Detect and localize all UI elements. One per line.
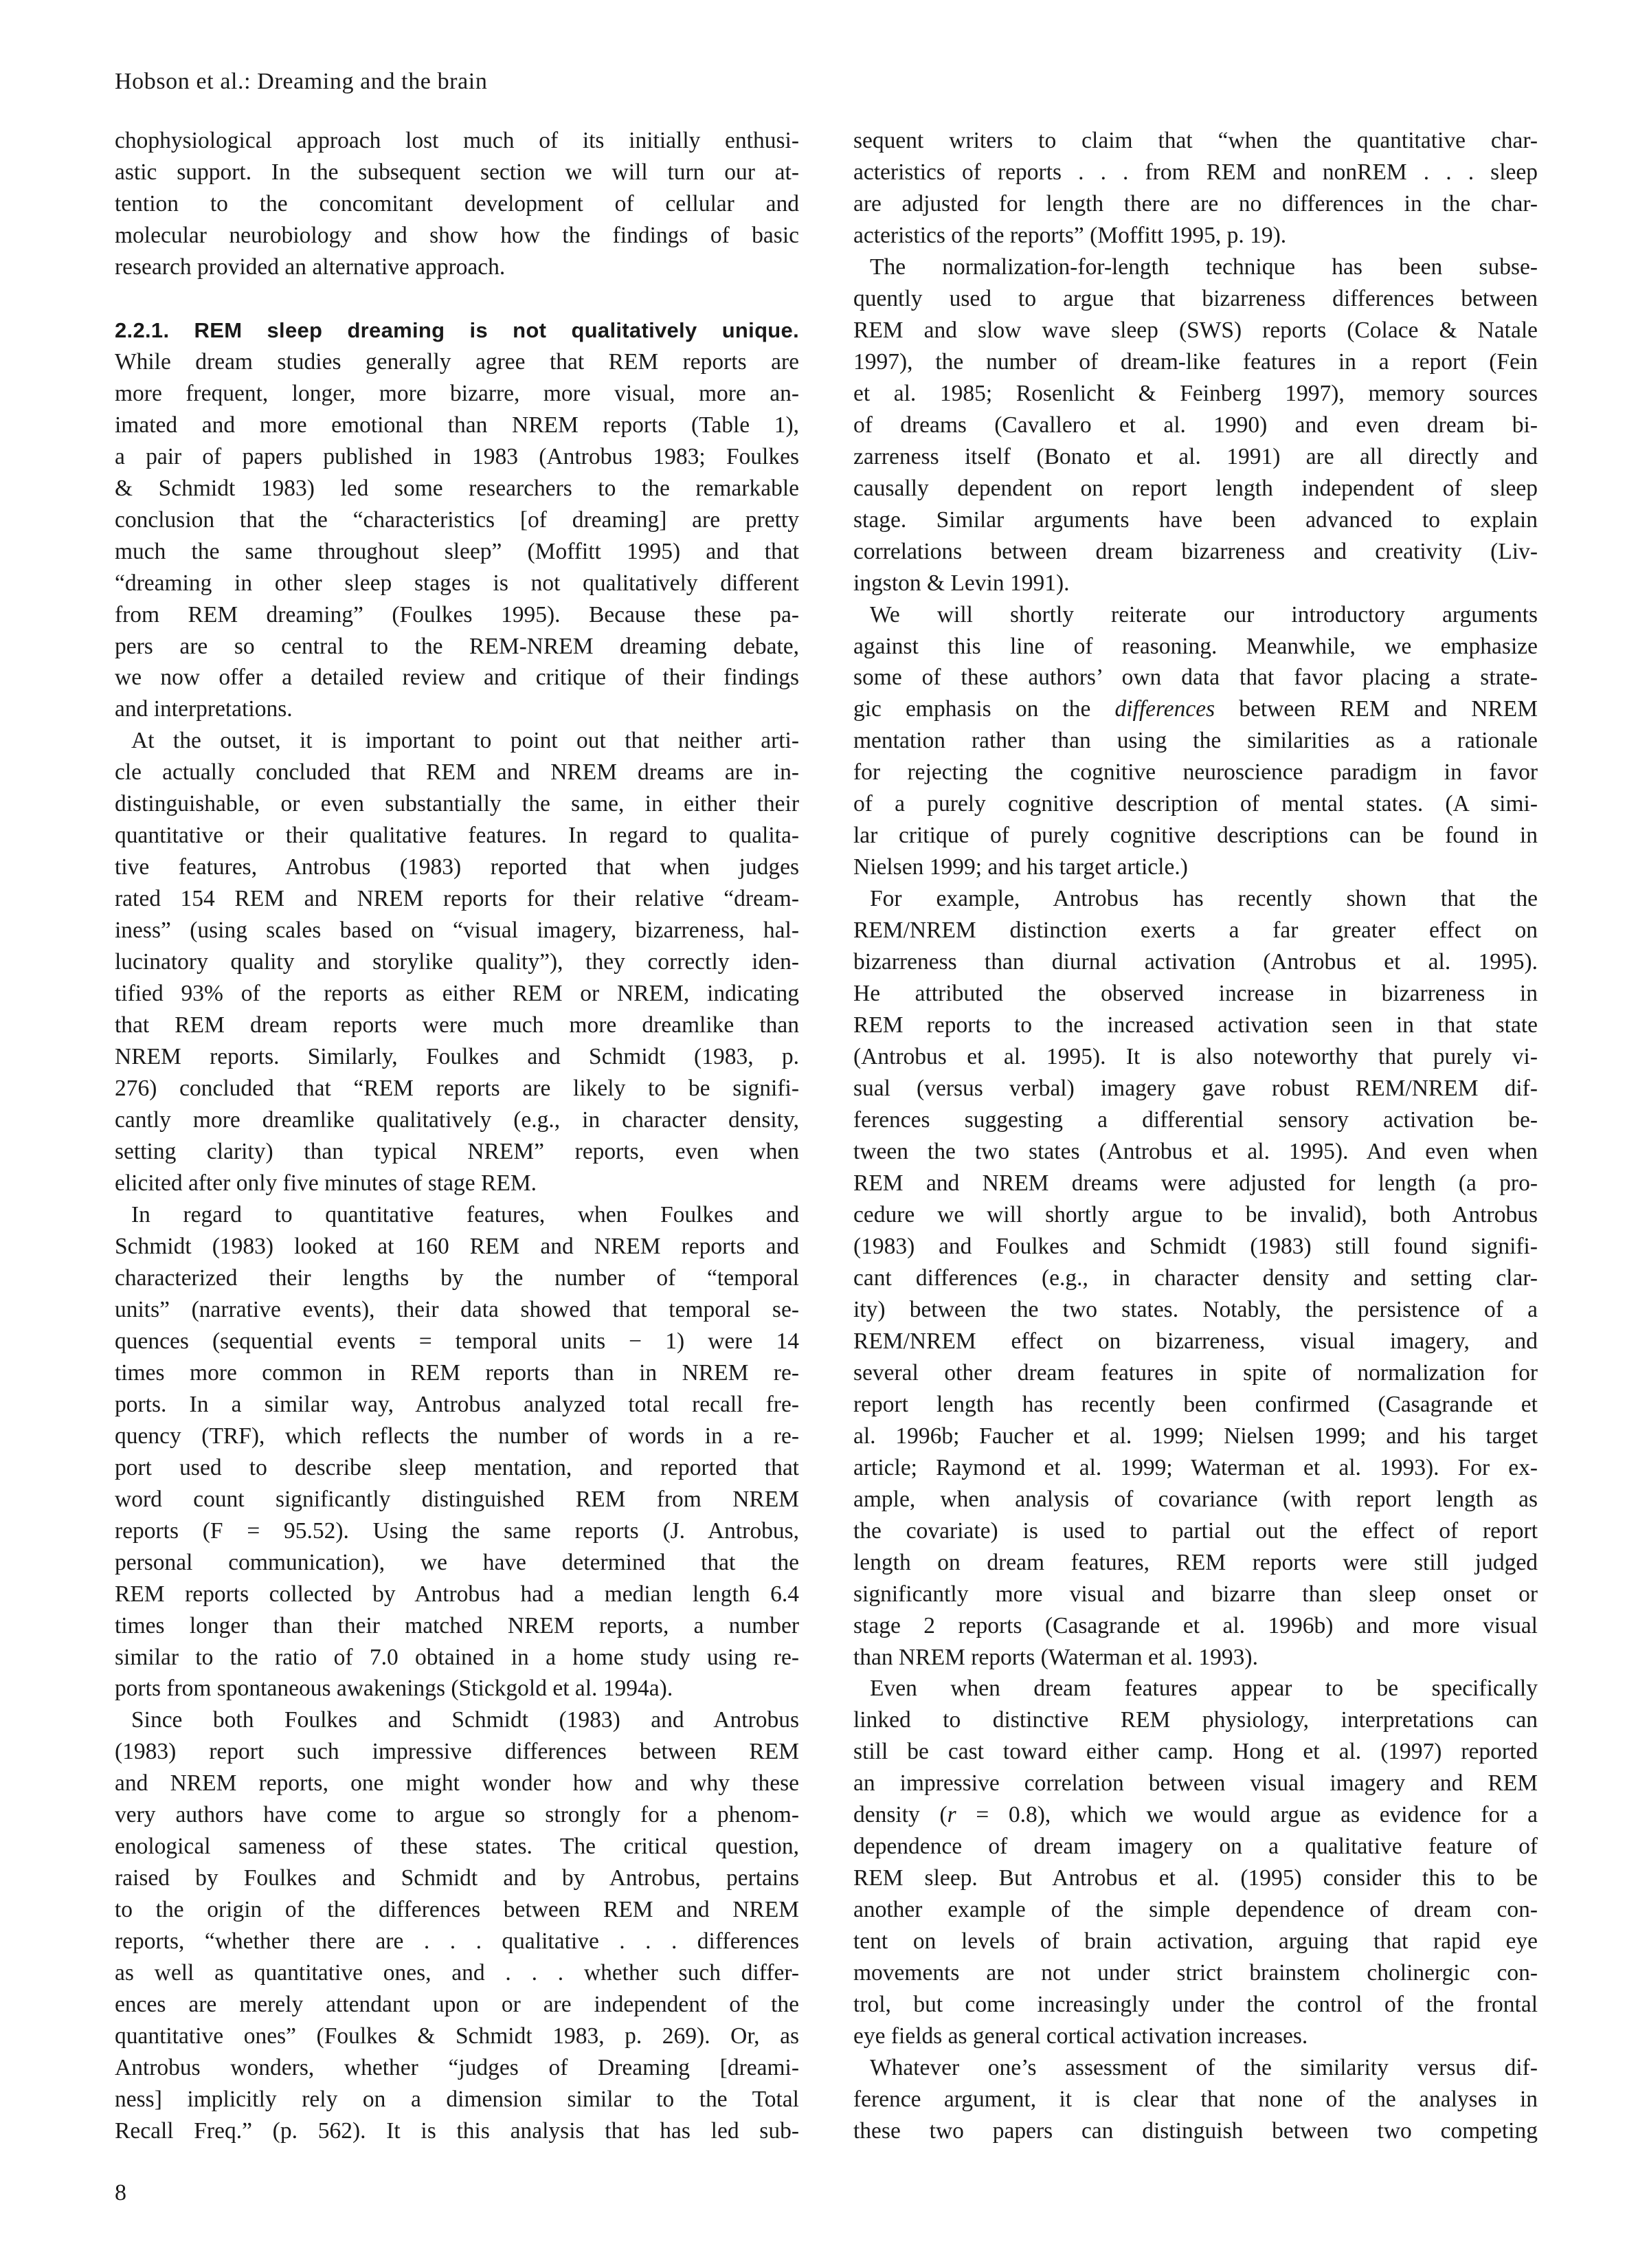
- text-line: word count significantly distinguished R…: [115, 1484, 799, 1515]
- text-line: quantitative ones” (Foulkes & Schmidt 19…: [115, 2021, 799, 2052]
- text-line: ity) between the two states. Notably, th…: [853, 1294, 1538, 1326]
- text-line: For example, Antrobus has recently shown…: [853, 883, 1538, 915]
- text-line: (Antrobus et al. 1995). It is also notew…: [853, 1041, 1538, 1073]
- text-line: REM/NREM distinction exerts a far greate…: [853, 915, 1538, 946]
- text-line: tention to the concomitant development o…: [115, 188, 799, 220]
- text-run: gic emphasis on the: [853, 696, 1114, 722]
- text-line: lucinatory quality and storylike quality…: [115, 946, 799, 978]
- text-line: these two papers can distinguish between…: [853, 2115, 1538, 2147]
- text-line: REM reports collected by Antrobus had a …: [115, 1579, 799, 1610]
- text-line: setting clarity) than typical NREM” repo…: [115, 1136, 799, 1168]
- text-line: still be cast toward either camp. Hong e…: [853, 1736, 1538, 1768]
- text-line: a pair of papers published in 1983 (Antr…: [115, 441, 799, 473]
- text-line: While dream studies generally agree that…: [115, 346, 799, 378]
- text-line: REM sleep. But Antrobus et al. (1995) co…: [853, 1863, 1538, 1894]
- text-line: units” (narrative events), their data sh…: [115, 1294, 799, 1326]
- text-line: similar to the ratio of 7.0 obtained in …: [115, 1642, 799, 1674]
- text-line: times longer than their matched NREM rep…: [115, 1610, 799, 1642]
- text-line: and interpretations.: [115, 693, 799, 725]
- text-line: “dreaming in other sleep stages is not q…: [115, 568, 799, 599]
- text-line: pers are so central to the REM-NREM drea…: [115, 631, 799, 663]
- text-line: molecular neurobiology and show how the …: [115, 220, 799, 252]
- text-line: ness] implicitly rely on a dimension sim…: [115, 2084, 799, 2115]
- text-line: REM and NREM dreams were adjusted for le…: [853, 1168, 1538, 1199]
- text-line: ference argument, it is clear that none …: [853, 2084, 1538, 2115]
- text-line: chophysiological approach lost much of i…: [115, 125, 799, 157]
- text-line: stage 2 reports (Casagrande et al. 1996b…: [853, 1610, 1538, 1642]
- section-heading: 2.2.1. REM sleep dreaming is not qualita…: [115, 318, 799, 342]
- text-line: rated 154 REM and NREM reports for their…: [115, 883, 799, 915]
- text-line: Schmidt (1983) looked at 160 REM and NRE…: [115, 1231, 799, 1263]
- text-line: linked to distinctive REM physiology, in…: [853, 1704, 1538, 1736]
- italic-emphasis: differences: [1114, 696, 1215, 722]
- text-line: than NREM reports (Waterman et al. 1993)…: [853, 1642, 1538, 1674]
- text-line: imated and more emotional than NREM repo…: [115, 410, 799, 441]
- text-line: research provided an alternative approac…: [115, 252, 799, 283]
- text-line: more frequent, longer, more bizarre, mor…: [115, 378, 799, 410]
- text-line: that REM dream reports were much more dr…: [115, 1010, 799, 1041]
- text-line: report length has recently been confirme…: [853, 1389, 1538, 1421]
- text-line: ample, when analysis of covariance (with…: [853, 1484, 1538, 1515]
- text-line: characterized their lengths by the numbe…: [115, 1263, 799, 1294]
- text-line: ferences suggesting a differential senso…: [853, 1104, 1538, 1136]
- text-line: against this line of reasoning. Meanwhil…: [853, 631, 1538, 663]
- text-line: mentation rather than using the similari…: [853, 725, 1538, 757]
- text-line: Since both Foulkes and Schmidt (1983) an…: [115, 1704, 799, 1736]
- text-line: for rejecting the cognitive neuroscience…: [853, 757, 1538, 788]
- text-line: REM and slow wave sleep (SWS) reports (C…: [853, 315, 1538, 346]
- text-line: (1983) and Foulkes and Schmidt (1983) st…: [853, 1231, 1538, 1263]
- text-line: We will shortly reiterate our introducto…: [853, 599, 1538, 631]
- text-line: cant differences (e.g., in character den…: [853, 1263, 1538, 1294]
- text-line: we now offer a detailed review and criti…: [115, 662, 799, 693]
- text-line: density (r = 0.8), which we would argue …: [853, 1799, 1538, 1831]
- text-line: Nielsen 1999; and his target article.): [853, 852, 1538, 883]
- text-line: He attributed the observed increase in b…: [853, 978, 1538, 1010]
- section-heading-line: 2.2.1. REM sleep dreaming is not qualita…: [115, 315, 799, 346]
- text-line: NREM reports. Similarly, Foulkes and Sch…: [115, 1041, 799, 1073]
- text-line: iness” (using scales based on “visual im…: [115, 915, 799, 946]
- text-line: The normalization-for-length technique h…: [853, 252, 1538, 283]
- text-column-left: chophysiological approach lost much of i…: [115, 125, 799, 2147]
- text-run: between REM and NREM: [1215, 696, 1538, 722]
- text-line: lar critique of purely cognitive descrip…: [853, 820, 1538, 852]
- text-line: sual (versus verbal) imagery gave robust…: [853, 1073, 1538, 1104]
- text-line: acteristics of reports . . . from REM an…: [853, 157, 1538, 188]
- text-line: correlations between dream bizarreness a…: [853, 536, 1538, 568]
- text-line: sequent writers to claim that “when the …: [853, 125, 1538, 157]
- text-line: quency (TRF), which reflects the number …: [115, 1421, 799, 1452]
- text-line: elicited after only five minutes of stag…: [115, 1168, 799, 1199]
- text-line: personal communication), we have determi…: [115, 1547, 799, 1579]
- text-line: ports. In a similar way, Antrobus analyz…: [115, 1389, 799, 1421]
- text-line: cle actually concluded that REM and NREM…: [115, 757, 799, 788]
- text-line: gic emphasis on the differences between …: [853, 693, 1538, 725]
- text-line: of a purely cognitive description of men…: [853, 788, 1538, 820]
- text-line: et al. 1985; Rosenlicht & Feinberg 1997)…: [853, 378, 1538, 410]
- text-line: enological sameness of these states. The…: [115, 1831, 799, 1863]
- text-line: from REM dreaming” (Foulkes 1995). Becau…: [115, 599, 799, 631]
- text-line: & Schmidt 1983) led some researchers to …: [115, 473, 799, 504]
- text-line: eye fields as general cortical activatio…: [853, 2021, 1538, 2052]
- text-line: significantly more visual and bizarre th…: [853, 1579, 1538, 1610]
- text-line: Recall Freq.” (p. 562). It is this analy…: [115, 2115, 799, 2147]
- text-line: tified 93% of the reports as either REM …: [115, 978, 799, 1010]
- text-line: conclusion that the “characteristics [of…: [115, 504, 799, 536]
- text-run: density (: [853, 1802, 947, 1827]
- text-line: bizarreness than diurnal activation (Ant…: [853, 946, 1538, 978]
- text-line: causally dependent on report length inde…: [853, 473, 1538, 504]
- text-line: article; Raymond et al. 1999; Waterman e…: [853, 1452, 1538, 1484]
- text-line: some of these authors’ own data that fav…: [853, 662, 1538, 693]
- text-line: REM reports to the increased activation …: [853, 1010, 1538, 1041]
- text-line: port used to describe sleep mentation, a…: [115, 1452, 799, 1484]
- text-line: are adjusted for length there are no dif…: [853, 188, 1538, 220]
- text-run: = 0.8), which we would argue as evidence…: [956, 1802, 1538, 1827]
- text-line: acteristics of the reports” (Moffitt 199…: [853, 220, 1538, 252]
- text-line: quantitative or their qualitative featur…: [115, 820, 799, 852]
- text-line: an impressive correlation between visual…: [853, 1768, 1538, 1799]
- text-line: tive features, Antrobus (1983) reported …: [115, 852, 799, 883]
- text-line: dependence of dream imagery on a qualita…: [853, 1831, 1538, 1863]
- text-line: At the outset, it is important to point …: [115, 725, 799, 757]
- text-line: movements are not under strict brainstem…: [853, 1957, 1538, 1989]
- text-line: Antrobus wonders, whether “judges of Dre…: [115, 2052, 799, 2084]
- text-line: ports from spontaneous awakenings (Stick…: [115, 1673, 799, 1704]
- text-line: raised by Foulkes and Schmidt and by Ant…: [115, 1863, 799, 1894]
- text-line: length on dream features, REM reports we…: [853, 1547, 1538, 1579]
- text-line: distinguishable, or even substantially t…: [115, 788, 799, 820]
- text-line: astic support. In the subsequent section…: [115, 157, 799, 188]
- text-line: Even when dream features appear to be sp…: [853, 1673, 1538, 1704]
- text-line: several other dream features in spite of…: [853, 1357, 1538, 1389]
- text-line: the covariate) is used to partial out th…: [853, 1515, 1538, 1547]
- running-head: Hobson et al.: Dreaming and the brain: [115, 66, 487, 98]
- text-line: Whatever one’s assessment of the similar…: [853, 2052, 1538, 2084]
- text-line: and NREM reports, one might wonder how a…: [115, 1768, 799, 1799]
- text-line: very authors have come to argue so stron…: [115, 1799, 799, 1831]
- text-line: tent on levels of brain activation, argu…: [853, 1926, 1538, 1957]
- text-line: quences (sequential events = temporal un…: [115, 1326, 799, 1357]
- text-line: of dreams (Cavallero et al. 1990) and ev…: [853, 410, 1538, 441]
- text-line: quently used to argue that bizarreness d…: [853, 283, 1538, 315]
- text-line: times more common in REM reports than in…: [115, 1357, 799, 1389]
- text-line: In regard to quantitative features, when…: [115, 1199, 799, 1231]
- blank-line: [115, 283, 799, 315]
- text-line: to the origin of the differences between…: [115, 1894, 799, 1926]
- text-line: reports, “whether there are . . . qualit…: [115, 1926, 799, 1957]
- text-line: as well as quantitative ones, and . . . …: [115, 1957, 799, 1989]
- text-column-right: sequent writers to claim that “when the …: [853, 125, 1538, 2147]
- page-number: 8: [115, 2177, 126, 2209]
- text-line: (1983) report such impressive difference…: [115, 1736, 799, 1768]
- text-line: reports (F = 95.52). Using the same repo…: [115, 1515, 799, 1547]
- text-line: stage. Similar arguments have been advan…: [853, 504, 1538, 536]
- text-line: 1997), the number of dream-like features…: [853, 346, 1538, 378]
- text-line: 276) concluded that “REM reports are lik…: [115, 1073, 799, 1104]
- text-line: trol, but come increasingly under the co…: [853, 1989, 1538, 2021]
- text-line: ingston & Levin 1991).: [853, 568, 1538, 599]
- text-line: much the same throughout sleep” (Moffitt…: [115, 536, 799, 568]
- text-line: cedure we will shortly argue to be inval…: [853, 1199, 1538, 1231]
- text-line: zarreness itself (Bonato et al. 1991) ar…: [853, 441, 1538, 473]
- text-line: tween the two states (Antrobus et al. 19…: [853, 1136, 1538, 1168]
- text-line: cantly more dreamlike qualitatively (e.g…: [115, 1104, 799, 1136]
- text-line: al. 1996b; Faucher et al. 1999; Nielsen …: [853, 1421, 1538, 1452]
- text-line: another example of the simple dependence…: [853, 1894, 1538, 1926]
- text-line: ences are merely attendant upon or are i…: [115, 1989, 799, 2021]
- italic-emphasis: r: [947, 1802, 956, 1827]
- text-line: REM/NREM effect on bizarreness, visual i…: [853, 1326, 1538, 1357]
